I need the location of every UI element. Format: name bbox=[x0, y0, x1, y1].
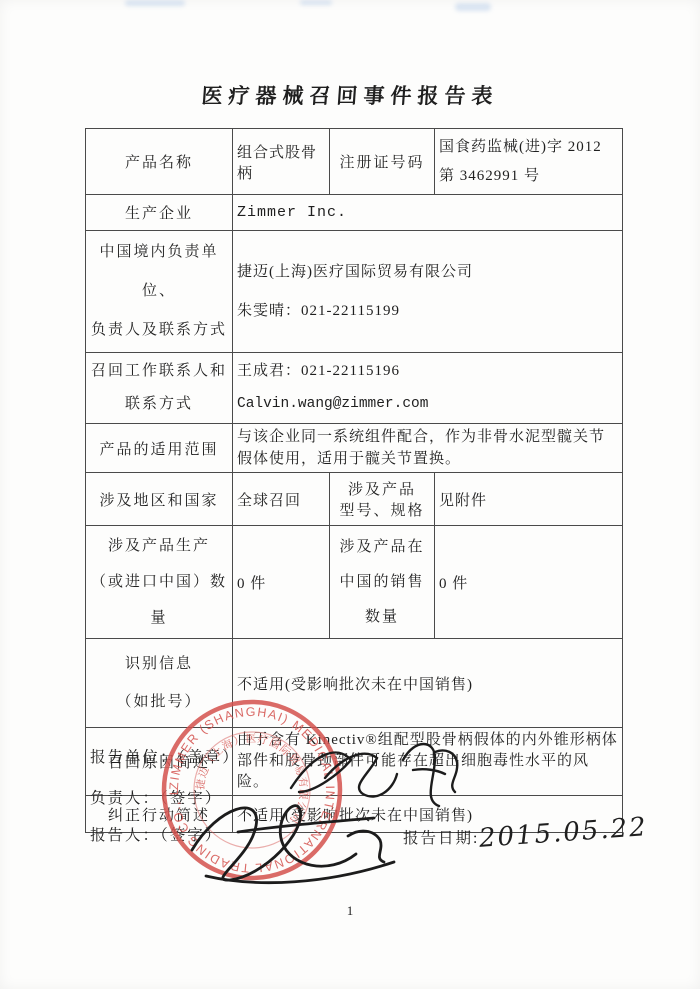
china-unit-company: 捷迈(上海)医疗国际贸易有限公司 bbox=[237, 253, 618, 292]
production-quantity-value: 0 件 bbox=[233, 526, 330, 639]
regions-label: 涉及地区和国家 bbox=[86, 473, 233, 526]
models-value: 见附件 bbox=[435, 473, 623, 526]
china-sales-label-line2: 中国的销售 bbox=[334, 565, 430, 600]
report-date-label: 报告日期: bbox=[403, 830, 479, 847]
china-sales-label: 涉及产品在 中国的销售 数量 bbox=[330, 526, 435, 639]
china-unit-contact: 朱雯晴：021-22115199 bbox=[237, 292, 618, 331]
row-scope: 产品的适用范围 与该企业同一系统组件配合，作为非骨水泥型髋关节假体使用，适用于髋… bbox=[86, 424, 623, 473]
registration-number-label: 注册证号码 bbox=[330, 129, 435, 195]
scan-smudge bbox=[125, 0, 185, 6]
china-unit-label: 中国境内负责单位、 负责人及联系方式 bbox=[86, 231, 233, 353]
report-date: 报告日期:2015.05.22 bbox=[403, 820, 648, 850]
recall-contact-label: 召回工作联系人和 联系方式 bbox=[86, 353, 233, 424]
product-name-label: 产品名称 bbox=[86, 129, 233, 195]
china-sales-label-line3: 数量 bbox=[334, 600, 430, 635]
recall-contact-label-line1: 召回工作联系人和 bbox=[90, 355, 228, 388]
report-page: 医疗器械召回事件报告表 产品名称 组合式股骨柄 注册证号码 国食药监械(进)字 … bbox=[0, 0, 700, 989]
china-unit-value: 捷迈(上海)医疗国际贸易有限公司 朱雯晴：021-22115199 bbox=[233, 231, 623, 353]
page-title: 医疗器械召回事件报告表 bbox=[0, 80, 700, 110]
recall-contact-phone: 王成君：021-22115196 bbox=[237, 355, 618, 388]
models-label: 涉及产品 型号、规格 bbox=[330, 473, 435, 526]
china-unit-label-line2: 负责人及联系方式 bbox=[90, 311, 228, 350]
models-label-line1: 涉及产品 bbox=[334, 478, 430, 499]
scan-smudge bbox=[300, 0, 332, 5]
models-label-line2: 型号、规格 bbox=[334, 499, 430, 520]
row-recall-contact: 召回工作联系人和 联系方式 王成君：021-22115196 Calvin.wa… bbox=[86, 353, 623, 424]
registration-number-value: 国食药监械(进)字 2012 第 3462991 号 bbox=[435, 129, 623, 195]
reporter-signature bbox=[178, 792, 408, 890]
scope-value: 与该企业同一系统组件配合，作为非骨水泥型髋关节假体使用，适用于髋关节置换。 bbox=[233, 424, 623, 473]
registration-number-line1: 国食药监械(进)字 2012 bbox=[439, 133, 618, 162]
registration-number-line2: 第 3462991 号 bbox=[439, 162, 618, 191]
production-quantity-label: 涉及产品生产 （或进口中国）数量 bbox=[86, 526, 233, 639]
recall-contact-value: 王成君：021-22115196 Calvin.wang@zimmer.com bbox=[233, 353, 623, 424]
regions-value: 全球召回 bbox=[233, 473, 330, 526]
manufacturer-value: Zimmer Inc. bbox=[233, 195, 623, 231]
china-sales-label-line1: 涉及产品在 bbox=[334, 530, 430, 565]
page-number: 1 bbox=[0, 903, 700, 919]
row-quantity: 涉及产品生产 （或进口中国）数量 0 件 涉及产品在 中国的销售 数量 0 件 bbox=[86, 526, 623, 639]
row-regions: 涉及地区和国家 全球召回 涉及产品 型号、规格 见附件 bbox=[86, 473, 623, 526]
china-unit-label-line1: 中国境内负责单位、 bbox=[90, 233, 228, 311]
identification-label-line1: 识别信息 bbox=[90, 645, 228, 683]
row-china-unit: 中国境内负责单位、 负责人及联系方式 捷迈(上海)医疗国际贸易有限公司 朱雯晴：… bbox=[86, 231, 623, 353]
scan-smudge bbox=[455, 3, 491, 11]
manufacturer-label: 生产企业 bbox=[86, 195, 233, 231]
recall-contact-email: Calvin.wang@zimmer.com bbox=[237, 388, 618, 421]
china-sales-value: 0 件 bbox=[435, 526, 623, 639]
scope-label: 产品的适用范围 bbox=[86, 424, 233, 473]
production-quantity-label-line2: （或进口中国）数量 bbox=[90, 564, 228, 636]
row-product-name: 产品名称 组合式股骨柄 注册证号码 国食药监械(进)字 2012 第 34629… bbox=[86, 129, 623, 195]
recall-contact-label-line2: 联系方式 bbox=[90, 388, 228, 421]
product-name-value: 组合式股骨柄 bbox=[233, 129, 330, 195]
production-quantity-label-line1: 涉及产品生产 bbox=[90, 528, 228, 564]
row-manufacturer: 生产企业 Zimmer Inc. bbox=[86, 195, 623, 231]
